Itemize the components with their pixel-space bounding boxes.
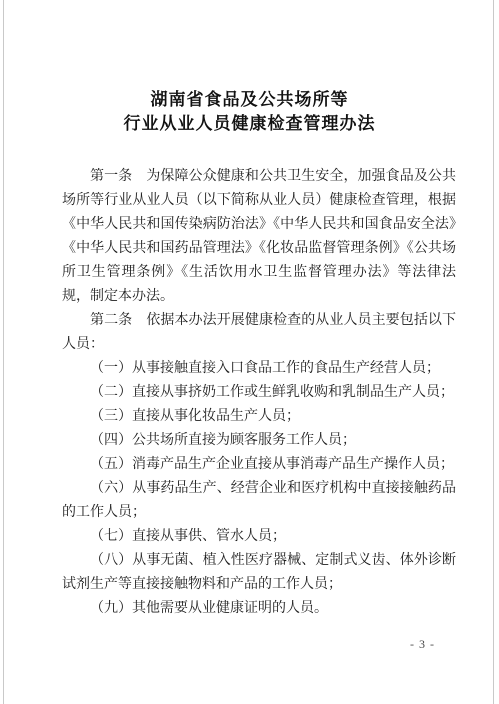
page-right-edge-line	[493, 0, 494, 704]
document-title-line-2: 行业从业人员健康检查管理办法	[124, 114, 376, 133]
paragraph: （四）公共场所直接为顾客服务工作人员；	[62, 429, 456, 453]
paragraph: 第二条 依据本办法开展健康检查的从业人员主要包括以下人员：	[62, 309, 456, 357]
paragraph: （六）从事药品生产、经营企业和医疗机构中直接接触药品的工作人员；	[62, 477, 456, 525]
paragraph: （二）直接从事挤奶工作或生鲜乳收购和乳制品生产人员；	[62, 381, 456, 405]
paragraph: （一）从事接触直接入口食品工作的食品生产经营人员；	[62, 357, 456, 381]
document-body: 第一条 为保障公众健康和公共卫生安全，加强食品及公共场所等行业从业人员（以下简称…	[62, 165, 456, 621]
document-title: 湖南省食品及公共场所等 行业从业人员健康检查管理办法	[0, 0, 499, 136]
page-left-edge-line	[3, 0, 4, 704]
paragraph: （八）从事无菌、植入性医疗器械、定制式义齿、体外诊断试剂生产等直接接触物料和产品…	[62, 549, 456, 597]
document-title-line-1: 湖南省食品及公共场所等	[151, 90, 349, 109]
document-page: 湖南省食品及公共场所等 行业从业人员健康检查管理办法 第一条 为保障公众健康和公…	[0, 0, 499, 704]
paragraph: （五）消毒产品生产企业直接从事消毒产品生产操作人员；	[62, 453, 456, 477]
paragraph: （三）直接从事化妆品生产人员；	[62, 405, 456, 429]
paragraph: （九）其他需要从业健康证明的人员。	[62, 597, 456, 621]
paragraph: 第一条 为保障公众健康和公共卫生安全，加强食品及公共场所等行业从业人员（以下简称…	[62, 165, 456, 309]
paragraph: （七）直接从事供、管水人员；	[62, 525, 456, 549]
page-number: - 3 -	[410, 637, 435, 651]
